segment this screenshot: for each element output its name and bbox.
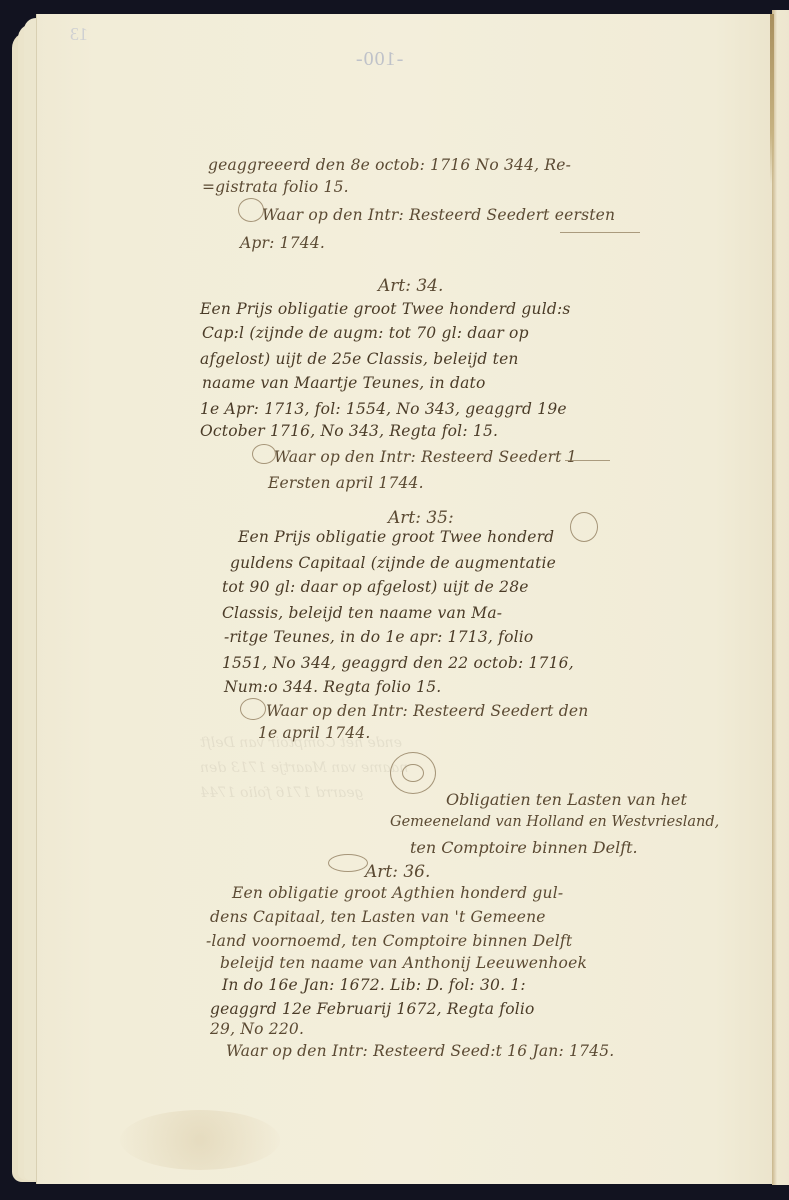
gutter-shadow [770, 14, 774, 184]
text-line: 1551, No 344, geaggrd den 22 octob: 1716… [222, 656, 574, 672]
line-filler-rule [560, 232, 640, 233]
text-line: Een obligatie groot Agthien honderd gul- [232, 886, 563, 902]
text-line: Waar op den Intr: Resteerd Seedert eerst… [262, 208, 615, 224]
flourish-icon [570, 512, 598, 542]
text-line: Een Prijs obligatie groot Twee honderd g… [200, 302, 571, 318]
manuscript-scan: 13 -100- ende het Comptoir van Delft naa… [0, 0, 789, 1200]
flourish-icon [328, 854, 368, 872]
text-line: Waar op den Intr: Resteerd Seed:t 16 Jan… [226, 1044, 614, 1060]
flourish-icon [238, 198, 264, 222]
flourish-icon [240, 698, 266, 720]
text-line: 1e april 1744. [258, 726, 371, 742]
folio-mark: 13 [70, 24, 88, 45]
text-line: Waar op den Intr: Resteerd Seedert 1 [274, 450, 577, 466]
text-line: -land voornoemd, ten Comptoire binnen De… [206, 934, 572, 950]
text-line: -ritge Teunes, in do 1e apr: 1713, folio [224, 630, 533, 646]
flourish-icon [402, 764, 424, 782]
text-line: Apr: 1744. [240, 236, 325, 252]
text-line: afgelost) uijt de 25e Classis, beleijd t… [200, 352, 519, 368]
text-line: beleijd ten naame van Anthonij Leeuwenho… [220, 956, 587, 972]
article-heading: Art: 35: [388, 508, 454, 528]
text-line: geaggreeerd den 8e octob: 1716 No 344, R… [208, 158, 571, 174]
bleed-through-text: gearrd 1716 folio 1744 [200, 785, 364, 801]
text-line: 1e Apr: 1713, fol: 1554, No 343, geaggrd… [200, 402, 567, 418]
bleed-through-text: naame van Maartje 1713 den [200, 760, 408, 776]
text-line: Cap:l (zijnde de augm: tot 70 gl: daar o… [202, 326, 529, 342]
text-line: geaggrd 12e Februarij 1672, Regta folio [210, 1002, 535, 1018]
text-line: guldens Capitaal (zijnde de augmentatie [230, 556, 556, 572]
paper-stain [120, 1110, 280, 1170]
text-line: 29, No 220. [210, 1022, 304, 1038]
text-line: Num:o 344. Regta folio 15. [224, 680, 441, 696]
text-line: Waar op den Intr: Resteerd Seedert den [266, 704, 588, 720]
article-heading: Art: 36. [365, 862, 430, 882]
line-filler-rule [565, 460, 610, 461]
flourish-icon [252, 444, 276, 464]
text-line: Een Prijs obligatie groot Twee honderd [238, 530, 554, 546]
text-line: October 1716, No 343, Regta fol: 15. [200, 424, 498, 440]
text-line: naame van Maartje Teunes, in dato [202, 376, 486, 392]
text-line: In do 16e Jan: 1672. Lib: D. fol: 30. 1: [222, 978, 526, 994]
text-line: dens Capitaal, ten Lasten van 't Gemeene [210, 910, 546, 926]
text-line: =gistrata folio 15. [202, 180, 349, 196]
book-gutter [772, 10, 789, 1185]
article-heading: Art: 34. [378, 276, 443, 296]
section-title-line: Obligatien ten Lasten van het [446, 790, 687, 809]
page-number: -100- [355, 48, 403, 71]
text-line: tot 90 gl: daar op afgelost) uijt de 28e [222, 580, 529, 596]
section-title-line: Gemeeneland van Holland en Westvriesland… [390, 814, 719, 830]
section-title-line: ten Comptoire binnen Delft. [410, 838, 638, 857]
text-line: Eersten april 1744. [268, 476, 424, 492]
text-line: Classis, beleijd ten naame van Ma- [222, 606, 502, 622]
